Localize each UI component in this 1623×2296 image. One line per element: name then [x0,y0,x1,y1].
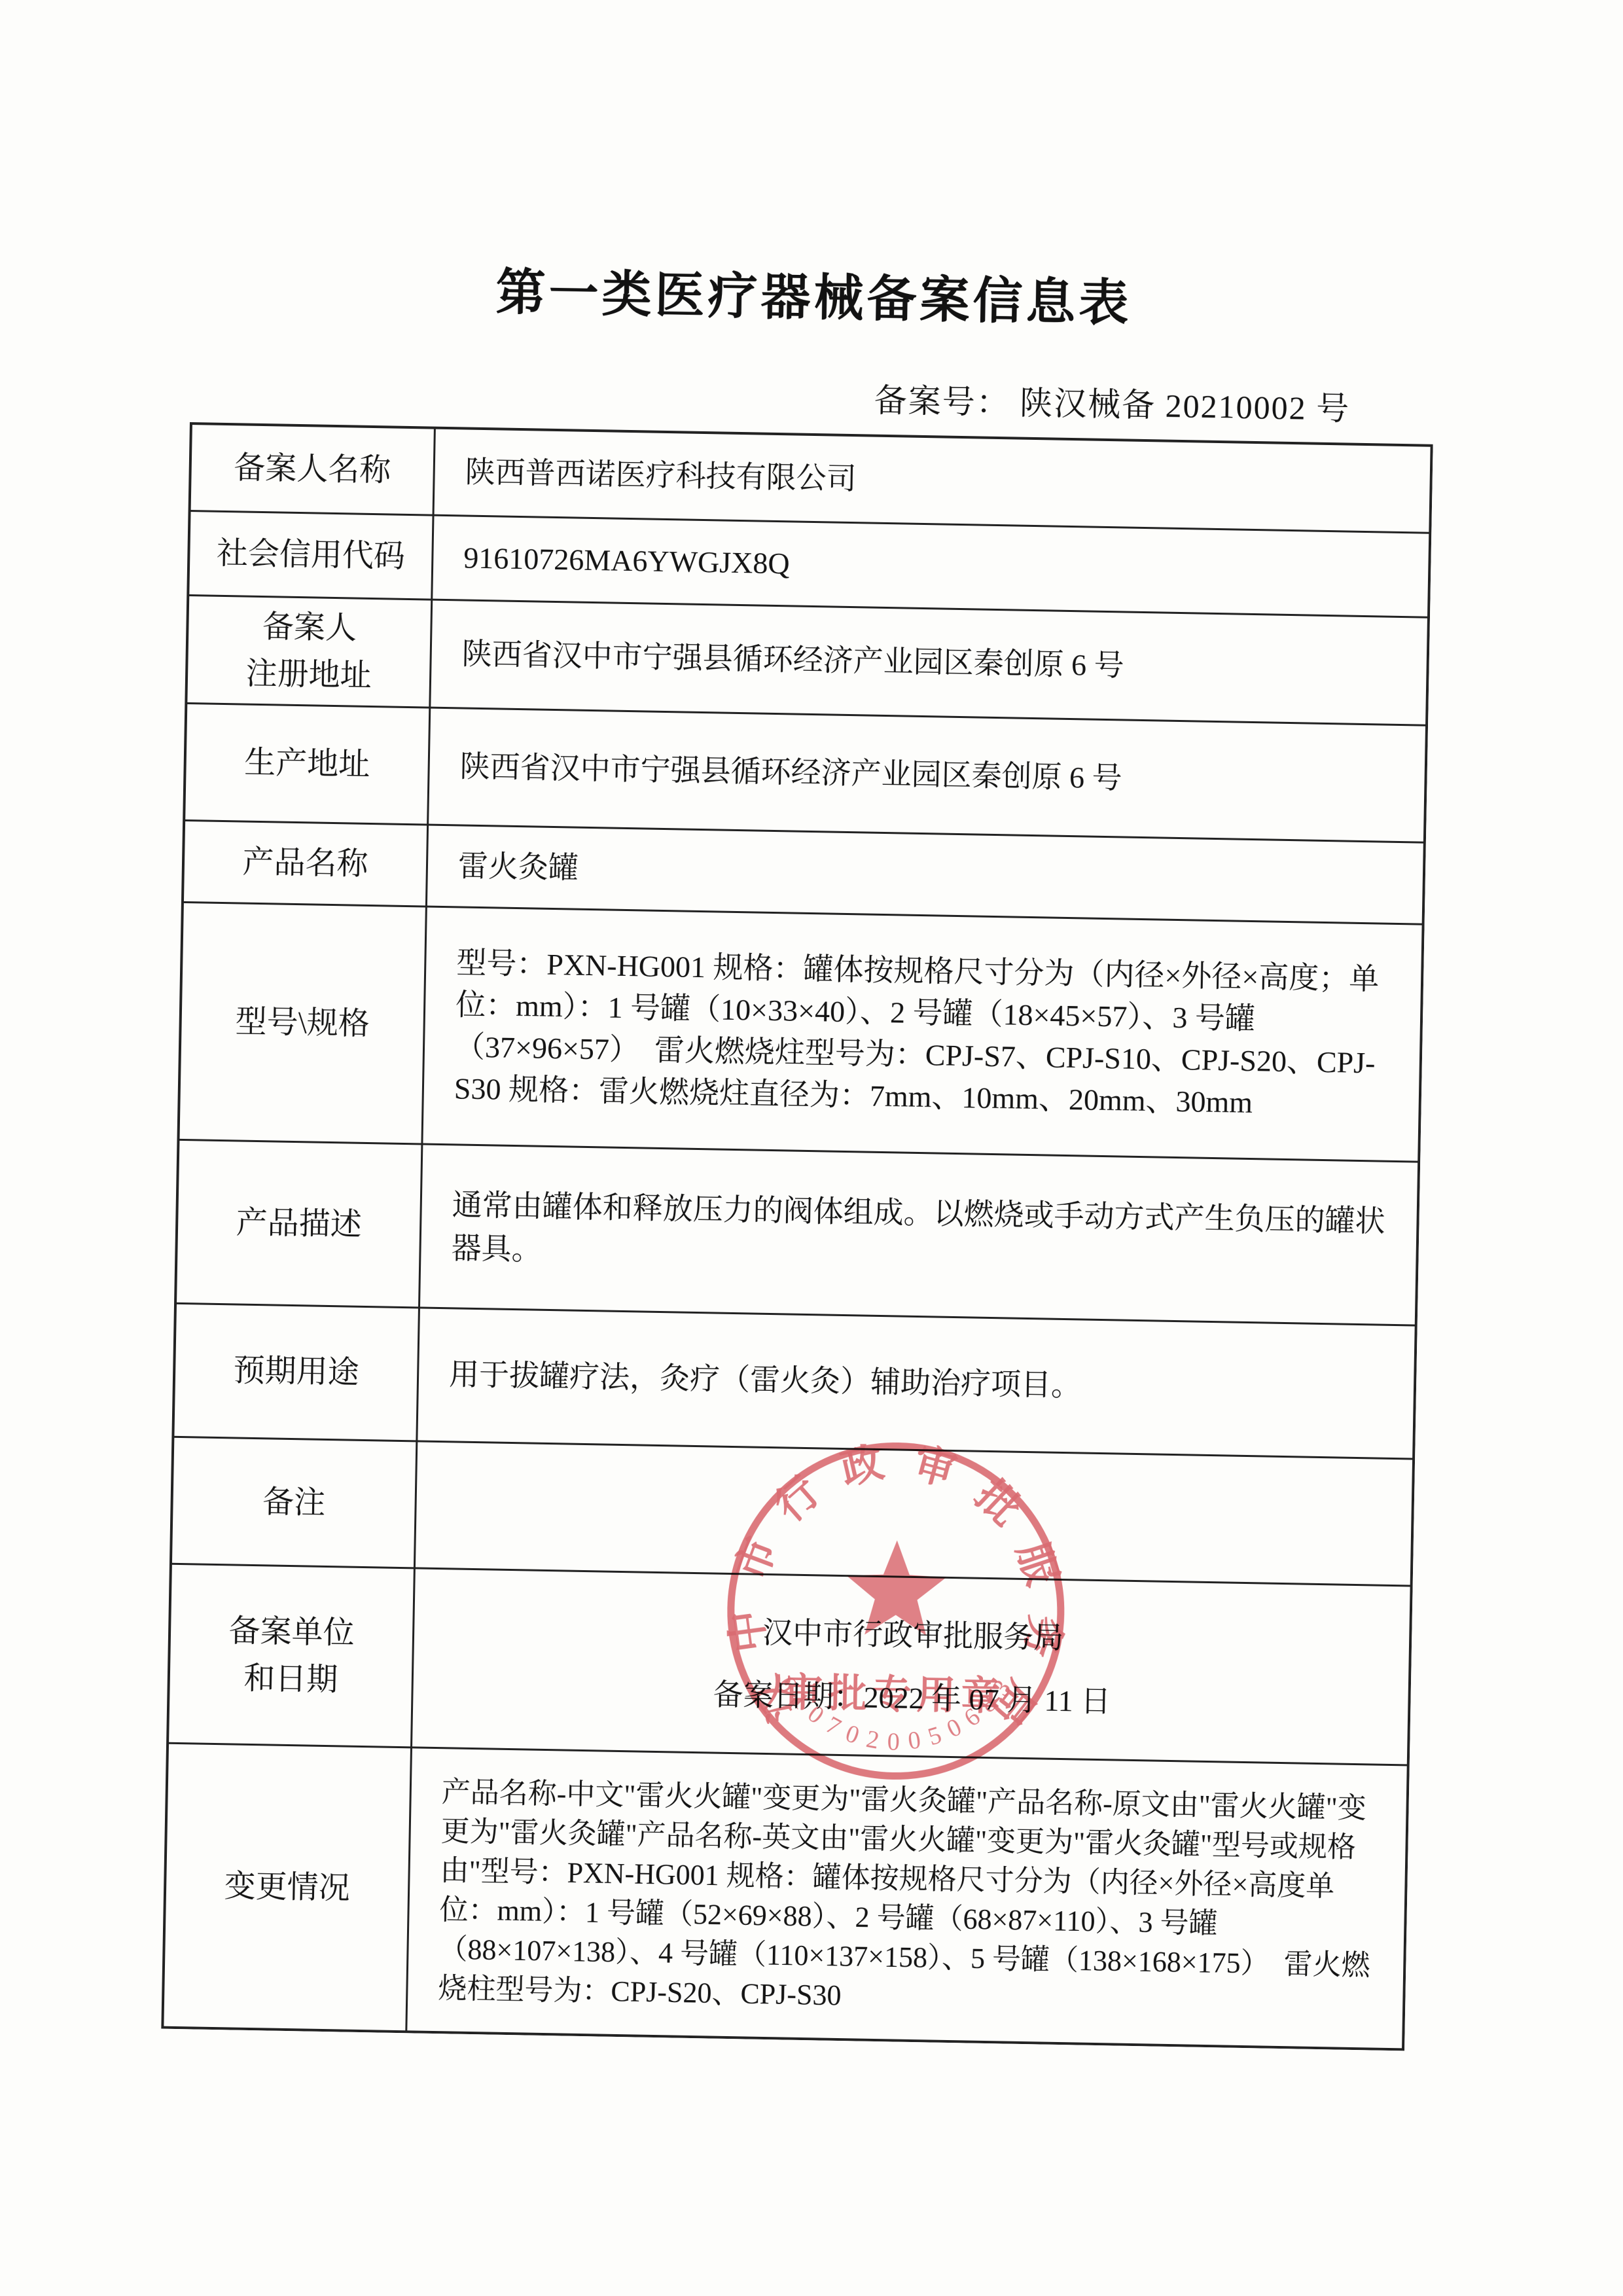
cell-text: 产品名称-中文"雷火火罐"变更为"雷火灸罐"产品名称-原文由"雷火火罐"变更为"… [438,1772,1379,2024]
svg-text:批: 批 [967,1471,1029,1534]
row-label-model-spec: 型号\规格 [179,903,427,1143]
row-label-product-description: 产品描述 [177,1141,423,1306]
scanned-document-page: 第一类医疗器械备案信息表 备案号： 陕汉械备 20210002 号 备案人名称 … [0,0,1623,2296]
svg-text:5: 5 [925,1721,945,1751]
cell-text: 陕西普西诺医疗科技有限公司 [465,450,857,501]
official-red-seal: 汉中市行政审批服务局 审批专用章 6107020050683 [703,1418,1089,1804]
svg-text:务: 务 [1016,1612,1070,1661]
row-value-product-description: 通常由罐体和释放压力的阀体组成。以燃烧或手动方式产生负压的罐状器具。 [420,1145,1418,1324]
svg-text:7: 7 [821,1711,846,1741]
table-row: 产品描述 通常由罐体和释放压力的阀体组成。以燃烧或手动方式产生负压的罐状器具。 [177,1139,1418,1324]
svg-text:0: 0 [906,1726,923,1755]
svg-text:中: 中 [722,1607,774,1655]
row-label-filer-name: 备案人名称 [191,425,436,514]
svg-text:2: 2 [864,1725,881,1755]
row-value-production-address: 陕西省汉中市宁强县循环经济产业园区秦创原 6 号 [429,708,1425,841]
row-label-production-address: 生产地址 [185,704,431,824]
table-row: 生产地址 陕西省汉中市宁强县循环经济产业园区秦创原 6 号 [185,702,1425,842]
table-row: 型号\规格 型号：PXN-HG001 规格：罐体按规格尺寸分为（内径×外径×高度… [179,901,1421,1161]
table-row: 备案人 注册地址 陕西省汉中市宁强县循环经济产业园区秦创原 6 号 [187,594,1427,724]
row-label-filing-authority-date: 备案单位 和日期 [169,1565,416,1747]
cell-text: 91610726MA6YWGJX8Q [463,536,790,585]
svg-text:行: 行 [766,1467,829,1530]
cell-text: 陕西省汉中市宁强县循环经济产业园区秦创原 6 号 [459,745,1122,800]
cell-text: 通常由罐体和释放压力的阀体组成。以燃烧或手动方式产生负压的罐状器具。 [451,1183,1389,1286]
svg-text:0: 0 [942,1713,966,1743]
row-value-model-spec: 型号：PXN-HG001 规格：罐体按规格尺寸分为（内径×外径×高度；单位：mm… [423,907,1421,1161]
row-label-credit-code: 社会信用代码 [189,512,434,599]
cell-text: 型号：PXN-HG001 规格：罐体按规格尺寸分为（内径×外径×高度；单位：mm… [454,942,1393,1126]
svg-text:0: 0 [842,1719,863,1749]
seal-star-icon [846,1539,947,1636]
row-label-intended-use: 预期用途 [174,1304,420,1440]
page-title: 第一类医疗器械备案信息表 [192,247,1436,340]
row-label-change-details: 变更情况 [164,1744,412,2030]
cell-text: 雷火灸罐 [457,844,579,889]
row-label-product-name: 产品名称 [184,821,429,905]
row-value-registered-address: 陕西省汉中市宁强县循环经济产业园区秦创原 6 号 [431,601,1427,725]
cell-text: 用于拔罐疗法，灸疗（雷火灸）辅助治疗项目。 [449,1354,1082,1408]
scan-content: 第一类医疗器械备案信息表 备案号： 陕汉械备 20210002 号 备案人名称 … [161,422,1433,2051]
row-label-remarks: 备注 [172,1438,418,1568]
svg-text:0: 0 [887,1728,900,1755]
cell-text: 陕西省汉中市宁强县循环经济产业园区秦创原 6 号 [461,632,1124,687]
row-label-registered-address: 备案人 注册地址 [187,596,433,706]
filing-info-table: 备案人名称 陕西普西诺医疗科技有限公司 社会信用代码 91610726MA6YW… [161,422,1433,2051]
record-number-line: 备案号： 陕汉械备 20210002 号 [874,374,1351,430]
